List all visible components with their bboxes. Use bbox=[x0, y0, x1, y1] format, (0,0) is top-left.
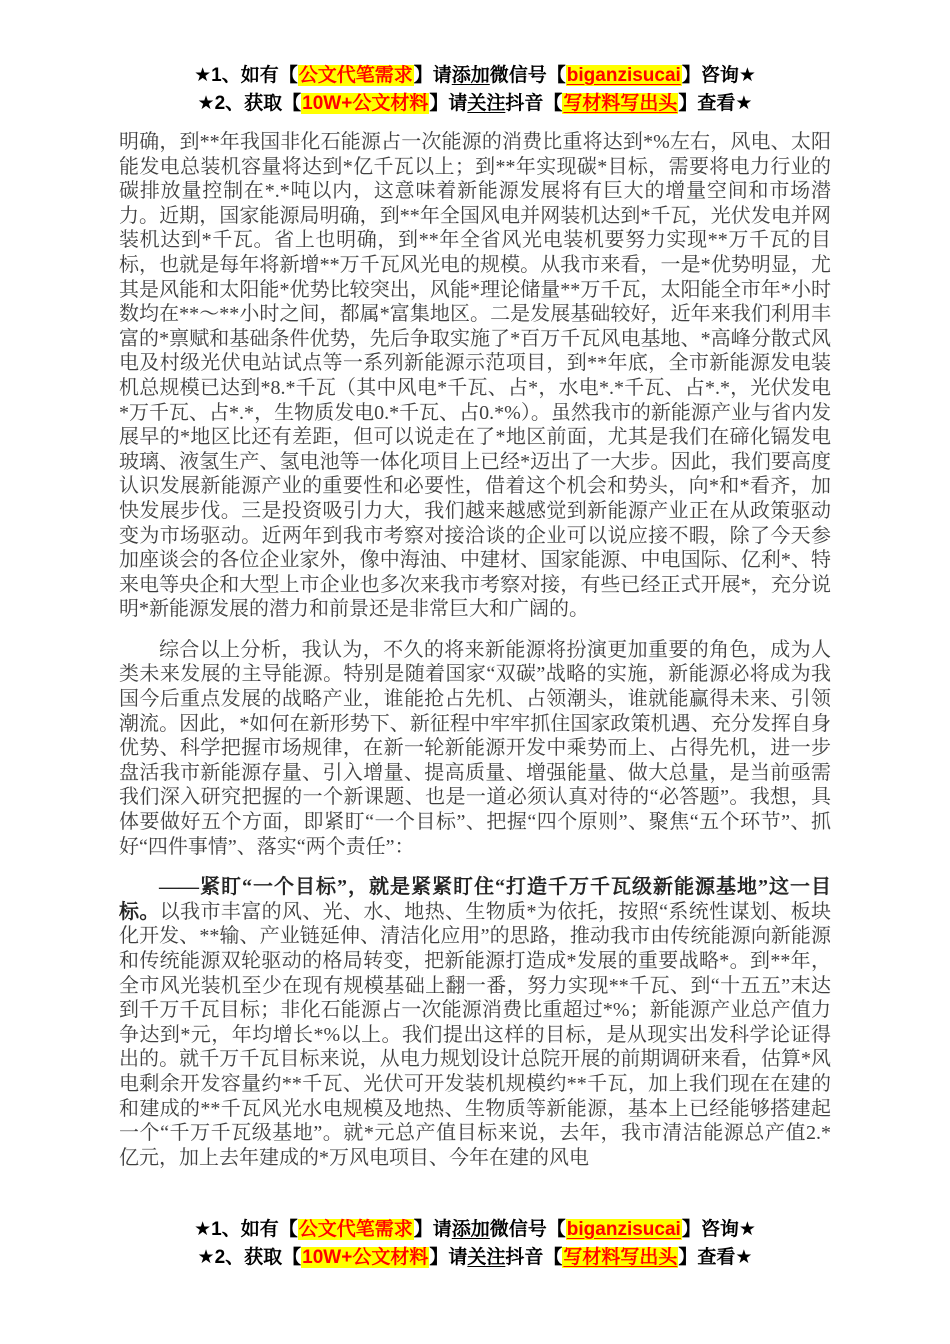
footer2-suffix: 】查看★ bbox=[678, 1247, 752, 1268]
banner1-mid2: 微信号【 bbox=[490, 65, 566, 86]
footer1-highlight-service: 公文代笔需求 bbox=[298, 1219, 414, 1240]
document-body: 明确，到**年我国非化石能源占一次能源的消费比重将达到*%左右，风电、太阳能发电… bbox=[119, 130, 831, 1170]
footer2-prefix: ★2、获取【 bbox=[198, 1247, 302, 1268]
footer1-mid1: 】请 bbox=[414, 1219, 452, 1240]
footer2-douyin-id: 写材料写出头 bbox=[562, 1247, 678, 1268]
header-banner-line-2: ★2、获取【10W+公文材料】请关注抖音【写材料写出头】查看★ bbox=[0, 90, 950, 118]
footer2-mid2: 抖音【 bbox=[505, 1247, 562, 1268]
header-banner-line-1: ★1、如有【公文代笔需求】请添加微信号【biganzisucai】咨询★ bbox=[0, 62, 950, 90]
paragraph-3-text: 以我市丰富的风、光、水、地热、生物质*为依托，按照“系统性谋划、板块化开发、**… bbox=[119, 901, 831, 1169]
banner1-prefix: ★1、如有【 bbox=[194, 65, 298, 86]
banner1-suffix: 】咨询★ bbox=[682, 65, 756, 86]
footer1-suffix: 】咨询★ bbox=[682, 1219, 756, 1240]
footer2-underline-follow: 关注 bbox=[467, 1247, 505, 1268]
banner2-underline-follow: 关注 bbox=[467, 93, 505, 114]
banner2-douyin-id: 写材料写出头 bbox=[562, 93, 678, 114]
paragraph-3: ——紧盯“一个目标”，就是紧紧盯住“打造千万千瓦级新能源基地”这一目标。以我市丰… bbox=[119, 875, 831, 1170]
banner2-highlight-material: 10W+公文材料 bbox=[301, 93, 429, 114]
footer-banner-line-2: ★2、获取【10W+公文材料】请关注抖音【写材料写出头】查看★ bbox=[0, 1244, 950, 1272]
footer2-highlight-material: 10W+公文材料 bbox=[301, 1247, 429, 1268]
footer1-prefix: ★1、如有【 bbox=[194, 1219, 298, 1240]
banner1-wechat-id: biganzisucai bbox=[566, 65, 682, 86]
banner2-prefix: ★2、获取【 bbox=[198, 93, 302, 114]
paragraph-2: 综合以上分析，我认为，不久的将来新能源将扮演更加重要的角色，成为人类未来发展的主… bbox=[119, 638, 831, 859]
header-ad-banner: ★1、如有【公文代笔需求】请添加微信号【biganzisucai】咨询★ ★2、… bbox=[0, 0, 950, 118]
footer-ad-banner: ★1、如有【公文代笔需求】请添加微信号【biganzisucai】咨询★ ★2、… bbox=[0, 1216, 950, 1272]
footer1-underline-add: 添加 bbox=[452, 1219, 490, 1240]
banner2-mid1: 】请 bbox=[429, 93, 467, 114]
footer1-wechat-id: biganzisucai bbox=[566, 1219, 682, 1240]
footer1-mid2: 微信号【 bbox=[490, 1219, 566, 1240]
paragraph-1: 明确，到**年我国非化石能源占一次能源的消费比重将达到*%左右，风电、太阳能发电… bbox=[119, 130, 831, 622]
footer-banner-line-1: ★1、如有【公文代笔需求】请添加微信号【biganzisucai】咨询★ bbox=[0, 1216, 950, 1244]
banner1-highlight-service: 公文代笔需求 bbox=[298, 65, 414, 86]
banner1-mid1: 】请 bbox=[414, 65, 452, 86]
banner2-mid2: 抖音【 bbox=[505, 93, 562, 114]
footer2-mid1: 】请 bbox=[429, 1247, 467, 1268]
document-page: ★1、如有【公文代笔需求】请添加微信号【biganzisucai】咨询★ ★2、… bbox=[0, 0, 950, 1344]
banner1-underline-add: 添加 bbox=[452, 65, 490, 86]
banner2-suffix: 】查看★ bbox=[678, 93, 752, 114]
